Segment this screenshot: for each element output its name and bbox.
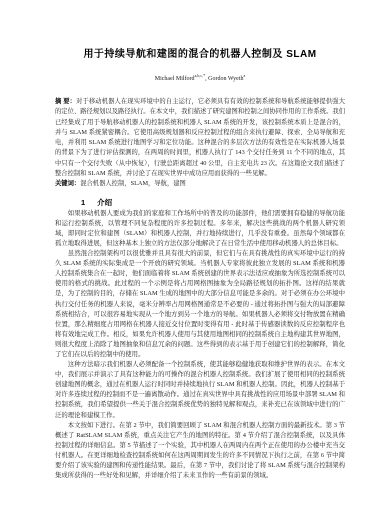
keywords-label: 关键词：: [55, 180, 80, 187]
abstract-block: 摘 要：对于移动机器人在现实环境中的自主运行，它必须具有有效的控制系统和导航系统…: [55, 97, 345, 179]
section-1-title: 介绍: [97, 198, 112, 207]
author-2-affiliations: a: [243, 73, 245, 78]
page-content: 用于持续导航和建图的混合的机器人控制及 SLAM Michael Milford…: [55, 0, 345, 481]
paper-title: 用于持续导航和建图的混合的机器人控制及 SLAM: [55, 0, 345, 61]
author-1-affiliations: a,b,c,*: [195, 73, 206, 78]
page-number: 1: [55, 473, 345, 479]
keywords-block: 关键词：混合机器人控制，SLAM，导航，建图: [55, 179, 345, 189]
section-1-number: 1: [81, 198, 85, 207]
section-1-heading: 1介绍: [55, 197, 345, 209]
author-1: Michael Milford: [155, 76, 195, 82]
abstract-label: 摘 要：: [55, 98, 76, 105]
intro-paragraph-3: 这种方法暗示我们机器人必须配备一个控制系统，使其能够稳健地获取和维护世界的表示。…: [55, 360, 345, 421]
abstract-text: 对于移动机器人在现实环境中的自主运行，它必须具有有效的控制系统和导航系统能够提供…: [55, 98, 345, 177]
author-line: Michael Milforda,b,c,*, Gordon Wyetha: [55, 75, 345, 83]
intro-paragraph-1: 如果移动机器人要成为我们的家庭和工作场所中的普及的功能部件，他们需要拥有稳健的导…: [55, 209, 345, 249]
intro-paragraph-2: 虽然混合控制架构可以很优雅并且具有很大的前景，但它们与在具有挑战性的真实环境中运…: [55, 249, 345, 360]
paper-page: 用于持续导航和建图的混合的机器人控制及 SLAM Michael Milford…: [0, 0, 370, 523]
author-2: Gordon Wyeth: [208, 76, 243, 82]
keywords-text: 混合机器人控制，SLAM，导航，建图: [80, 180, 186, 187]
